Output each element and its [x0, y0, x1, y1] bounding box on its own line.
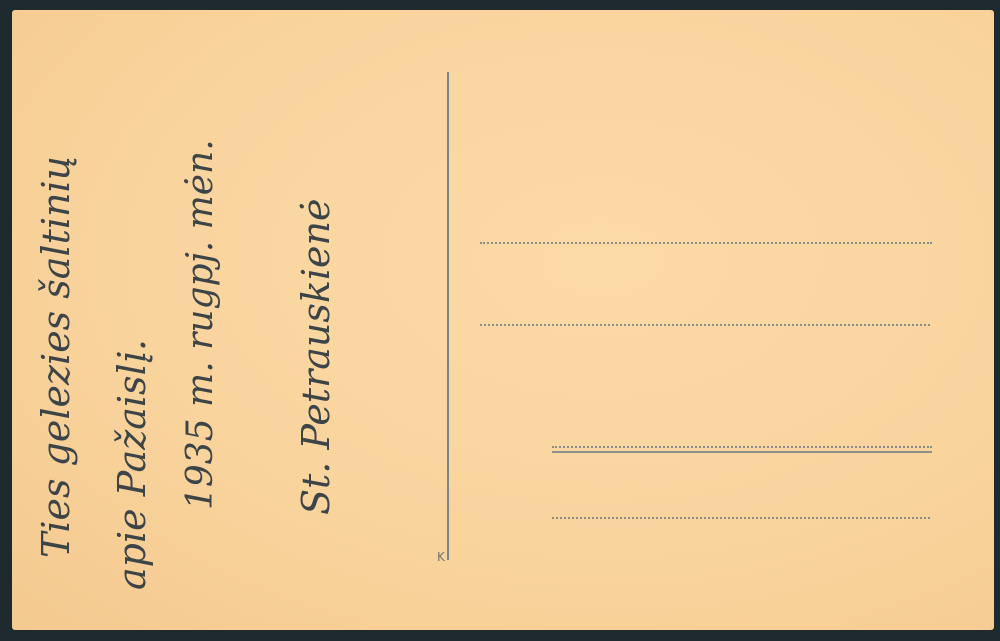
address-line-4	[552, 517, 930, 519]
signature: St. Petrauskienė	[294, 198, 338, 515]
handwriting-line-1: Ties gelezies šaltinių	[34, 156, 78, 558]
address-line-2	[480, 324, 930, 326]
handwriting-line-2: apie Pažaislį.	[110, 339, 154, 590]
address-line-1	[480, 242, 932, 244]
postcard-back: Ties gelezies šaltinių apie Pažaislį. 19…	[12, 10, 994, 630]
vertical-divider	[447, 72, 449, 560]
address-line-3	[552, 446, 932, 448]
printer-mark: K	[437, 550, 445, 564]
address-line-3-underline	[552, 451, 932, 453]
handwriting-line-3: 1935 m. rugpj. mėn.	[180, 139, 221, 510]
